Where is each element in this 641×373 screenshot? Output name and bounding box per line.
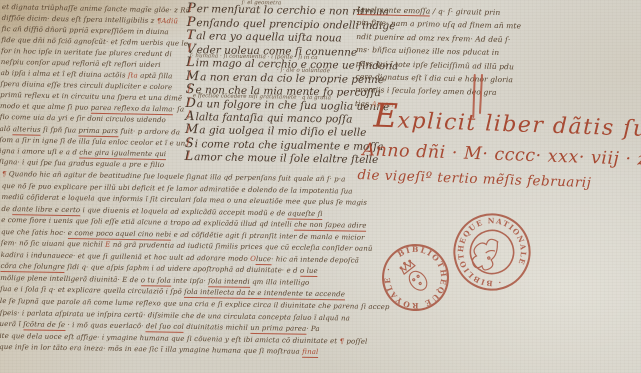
verse-initial: L xyxy=(184,149,193,164)
explicit-line-1: Explicit liber dãtis ſub xyxy=(373,104,638,142)
commentary-column-left: et dignata triũphaſſe anime ſancte magĩe… xyxy=(0,2,190,176)
explicit-line-3: die vigeſiº tertio mẽſis februarij xyxy=(357,167,635,193)
manuscript-page: et dignata triũphaſſe anime ſancte magĩe… xyxy=(0,0,641,373)
explicit-rubric: Explicit liber dãtis ſub Anno dñi · M· c… xyxy=(357,104,638,193)
shield-icon xyxy=(406,268,431,294)
verse-column: ſ· el geometraPer menſurat lo cerchio e … xyxy=(184,3,369,172)
commentary-block-lower: ¶ Quando hic añ agitur de beatitudine ſu… xyxy=(0,169,392,367)
explicit-line-2: Anno dñi · M· cccc· xxx· viij · z xyxy=(362,140,637,170)
stamp-ring-text: · BIBLIOTHEQUE NATIONALE xyxy=(447,207,537,297)
interlinear-gloss: · ſ· ale o uoluntade xyxy=(277,67,330,74)
verse-line: Lamor che moue il ſole elaltre ſtelle xyxy=(184,151,366,167)
interlinear-gloss: ſ· el geometra xyxy=(242,0,282,6)
svg-text:· BIBLIOTHEQUE NATIONALE: · BIBLIOTHEQUE NATIONALE xyxy=(447,207,537,297)
